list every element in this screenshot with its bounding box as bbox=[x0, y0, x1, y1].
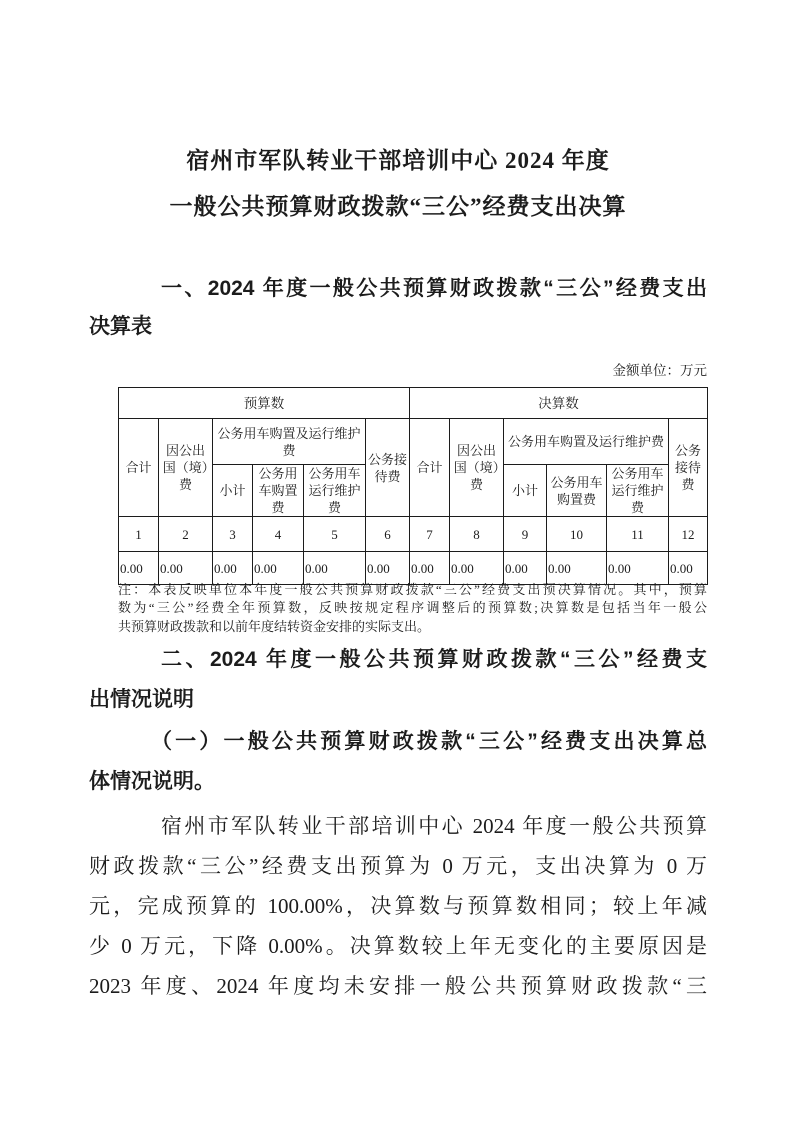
table-note: 注：本表反映单位本年度一般公共预算财政拨款“三公”经费支出预决算情况。其中，预算… bbox=[118, 581, 707, 636]
header-final-vehicle-subtotal: 小计 bbox=[504, 465, 547, 517]
table-note-line-2: 数为“三公”经费全年预算数，反映按规定程序调整后的预算数;决算数是包括当年一般公 bbox=[118, 599, 707, 617]
subsection-1-heading-line-2: 体情况说明。 bbox=[89, 762, 707, 802]
value-cell: 0.00 bbox=[669, 552, 708, 585]
column-number: 7 bbox=[410, 517, 450, 552]
column-number: 1 bbox=[119, 517, 159, 552]
table-column-number-row: 1 2 3 4 5 6 7 8 9 10 11 12 bbox=[119, 517, 708, 552]
value-cell: 0.00 bbox=[253, 552, 304, 585]
value-cell: 0.00 bbox=[304, 552, 366, 585]
value-cell: 0.00 bbox=[159, 552, 213, 585]
group-header-final: 决算数 bbox=[410, 388, 708, 419]
value-cell: 0.00 bbox=[504, 552, 547, 585]
header-budget-reception: 公务接待费 bbox=[366, 419, 410, 517]
page-content: 宿州市军队转业干部培训中心 2024 年度 一般公共预算财政拨款“三公”经费支出… bbox=[89, 0, 707, 1122]
column-number: 12 bbox=[669, 517, 708, 552]
header-final-abroad: 因公出国（境）费 bbox=[450, 419, 504, 517]
table-header-row-upper: 合计 因公出国（境）费 公务用车购置及运行维护费 公务接待费 合计 因公出国（境… bbox=[119, 419, 708, 465]
column-number: 11 bbox=[607, 517, 669, 552]
column-number: 4 bbox=[253, 517, 304, 552]
body-line-4: 少 0 万元，下降 0.00%。决算数较上年无变化的主要原因是 bbox=[89, 926, 707, 966]
header-budget-vehicle-purchase: 公务用车购置费 bbox=[253, 465, 304, 517]
sangong-expenditure-table: 预算数 决算数 合计 因公出国（境）费 公务用车购置及运行维护费 公务接待费 合… bbox=[118, 387, 708, 585]
table-value-row: 0.00 0.00 0.00 0.00 0.00 0.00 0.00 0.00 … bbox=[119, 552, 708, 585]
column-number: 2 bbox=[159, 517, 213, 552]
table-note-line-3: 共预算财政拨款和以前年度结转资金安排的实际支出。 bbox=[118, 618, 707, 636]
body-line-3: 元，完成预算的 100.00%，决算数与预算数相同；较上年减 bbox=[89, 886, 707, 926]
value-cell: 0.00 bbox=[450, 552, 504, 585]
subsection-1-heading-line-1: （一）一般公共预算财政拨款“三公”经费支出决算总 bbox=[89, 722, 707, 762]
subsection-1-heading: （一）一般公共预算财政拨款“三公”经费支出决算总 体情况说明。 bbox=[89, 722, 707, 802]
column-number: 8 bbox=[450, 517, 504, 552]
group-header-budget: 预算数 bbox=[119, 388, 410, 419]
body-line-5: 2023 年度、2024 年度均未安排一般公共预算财政拨款“三 bbox=[89, 966, 707, 1006]
column-number: 5 bbox=[304, 517, 366, 552]
column-number: 3 bbox=[213, 517, 253, 552]
table-note-line-1: 注：本表反映单位本年度一般公共预算财政拨款“三公”经费支出预决算情况。其中，预算 bbox=[118, 581, 707, 599]
value-cell: 0.00 bbox=[213, 552, 253, 585]
value-cell: 0.00 bbox=[366, 552, 410, 585]
unit-label: 金额单位：万元 bbox=[89, 362, 707, 380]
value-cell: 0.00 bbox=[607, 552, 669, 585]
document-title: 宿州市军队转业干部培训中心 2024 年度 一般公共预算财政拨款“三公”经费支出… bbox=[89, 138, 707, 230]
header-budget-vehicle-maintenance: 公务用车运行维护费 bbox=[304, 465, 366, 517]
document-title-line-1: 宿州市军队转业干部培训中心 2024 年度 bbox=[89, 138, 707, 184]
header-budget-vehicle-subtotal: 小计 bbox=[213, 465, 253, 517]
document-title-line-2: 一般公共预算财政拨款“三公”经费支出决算 bbox=[89, 184, 707, 230]
section-2-heading: 二、2024 年度一般公共预算财政拨款“三公”经费支 出情况说明 bbox=[89, 640, 707, 720]
section-1-heading: 一、2024 年度一般公共预算财政拨款“三公”经费支出 决算表 bbox=[89, 270, 707, 346]
header-final-vehicle-group: 公务用车购置及运行维护费 bbox=[504, 419, 669, 465]
document-page: 宿州市军队转业干部培训中心 2024 年度 一般公共预算财政拨款“三公”经费支出… bbox=[0, 0, 793, 1122]
column-number: 10 bbox=[547, 517, 607, 552]
header-final-reception: 公务接待费 bbox=[669, 419, 708, 517]
value-cell: 0.00 bbox=[119, 552, 159, 585]
value-cell: 0.00 bbox=[410, 552, 450, 585]
header-final-vehicle-maintenance: 公务用车运行维护费 bbox=[607, 465, 669, 517]
section-2-heading-line-1: 二、2024 年度一般公共预算财政拨款“三公”经费支 bbox=[89, 640, 707, 680]
body-line-2: 财政拨款“三公”经费支出预算为 0 万元，支出决算为 0 万 bbox=[89, 846, 707, 886]
header-budget-total: 合计 bbox=[119, 419, 159, 517]
body-line-1: 宿州市军队转业干部培训中心 2024 年度一般公共预算 bbox=[89, 806, 707, 846]
section-1-heading-line-2: 决算表 bbox=[89, 308, 707, 346]
column-number: 9 bbox=[504, 517, 547, 552]
column-number: 6 bbox=[366, 517, 410, 552]
body-paragraph: 宿州市军队转业干部培训中心 2024 年度一般公共预算 财政拨款“三公”经费支出… bbox=[89, 806, 707, 1006]
header-final-total: 合计 bbox=[410, 419, 450, 517]
header-budget-vehicle-group: 公务用车购置及运行维护费 bbox=[213, 419, 366, 465]
header-budget-abroad: 因公出国（境）费 bbox=[159, 419, 213, 517]
table-group-header-row: 预算数 决算数 bbox=[119, 388, 708, 419]
section-2-heading-line-2: 出情况说明 bbox=[89, 680, 707, 720]
header-final-vehicle-purchase: 公务用车购置费 bbox=[547, 465, 607, 517]
section-1-heading-line-1: 一、2024 年度一般公共预算财政拨款“三公”经费支出 bbox=[89, 270, 707, 308]
value-cell: 0.00 bbox=[547, 552, 607, 585]
